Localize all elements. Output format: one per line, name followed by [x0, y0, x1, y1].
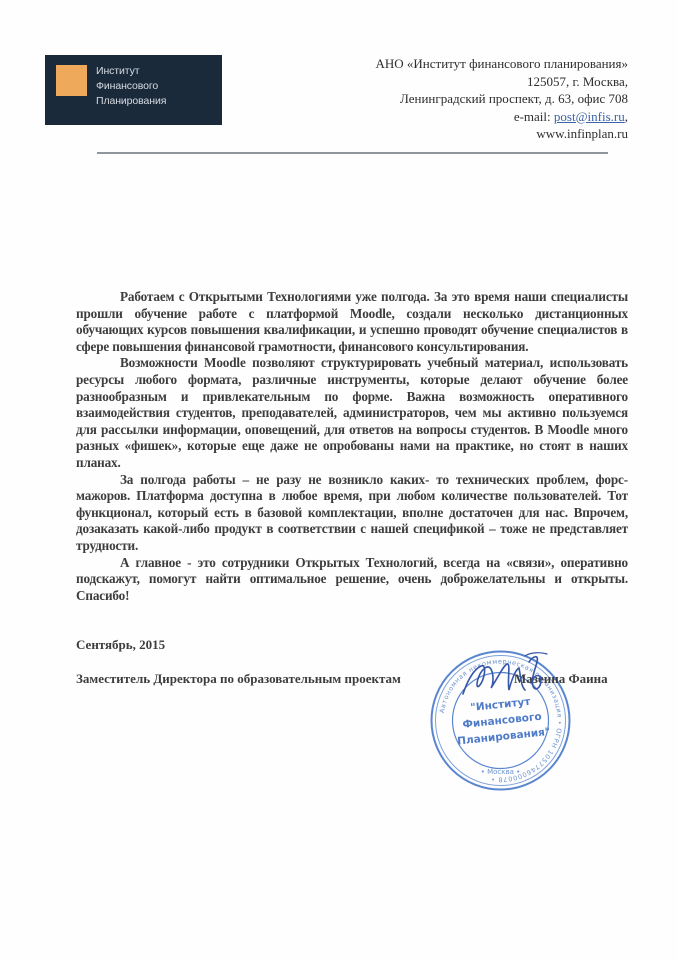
- letter-date: Сентябрь, 2015: [76, 637, 165, 653]
- street-address: Ленинградский проспект, д. 63, офис 708: [375, 90, 628, 108]
- letterhead-address: АНО «Институт финансового планирования» …: [375, 55, 628, 143]
- company-logo: Институт Финансового Планирования: [45, 55, 222, 125]
- logo-text: Институт Финансового Планирования: [96, 64, 166, 109]
- email-link[interactable]: post@infis.ru: [554, 109, 625, 124]
- postal-code: 125057, г. Москва,: [375, 73, 628, 91]
- logo-line: Планирования: [96, 94, 166, 109]
- email-label: e-mail:: [514, 109, 554, 124]
- paragraph: А главное - это сотрудники Открытых Техн…: [76, 555, 628, 605]
- email-suffix: ,: [625, 109, 628, 124]
- letter-page: Институт Финансового Планирования АНО «И…: [0, 0, 678, 960]
- logo-square-icon: [56, 65, 87, 96]
- logo-line: Институт: [96, 64, 166, 79]
- signer-title: Заместитель Директора по образовательным…: [76, 671, 401, 687]
- letter-body: Работаем с Открытыми Технологиями уже по…: [76, 289, 628, 604]
- org-name: АНО «Институт финансового планирования»: [375, 55, 628, 73]
- email-row: e-mail: post@infis.ru,: [375, 108, 628, 126]
- header-divider: [97, 152, 608, 154]
- paragraph: Возможности Moodle позволяют структуриро…: [76, 355, 628, 471]
- paragraph: Работаем с Открытыми Технологиями уже по…: [76, 289, 628, 355]
- website: www.infinplan.ru: [375, 125, 628, 143]
- stamp-city: • Москва •: [481, 768, 521, 776]
- paragraph: За полгода работы – не разу не возникло …: [76, 472, 628, 555]
- handwritten-signature-icon: [455, 652, 565, 702]
- logo-line: Финансового: [96, 79, 166, 94]
